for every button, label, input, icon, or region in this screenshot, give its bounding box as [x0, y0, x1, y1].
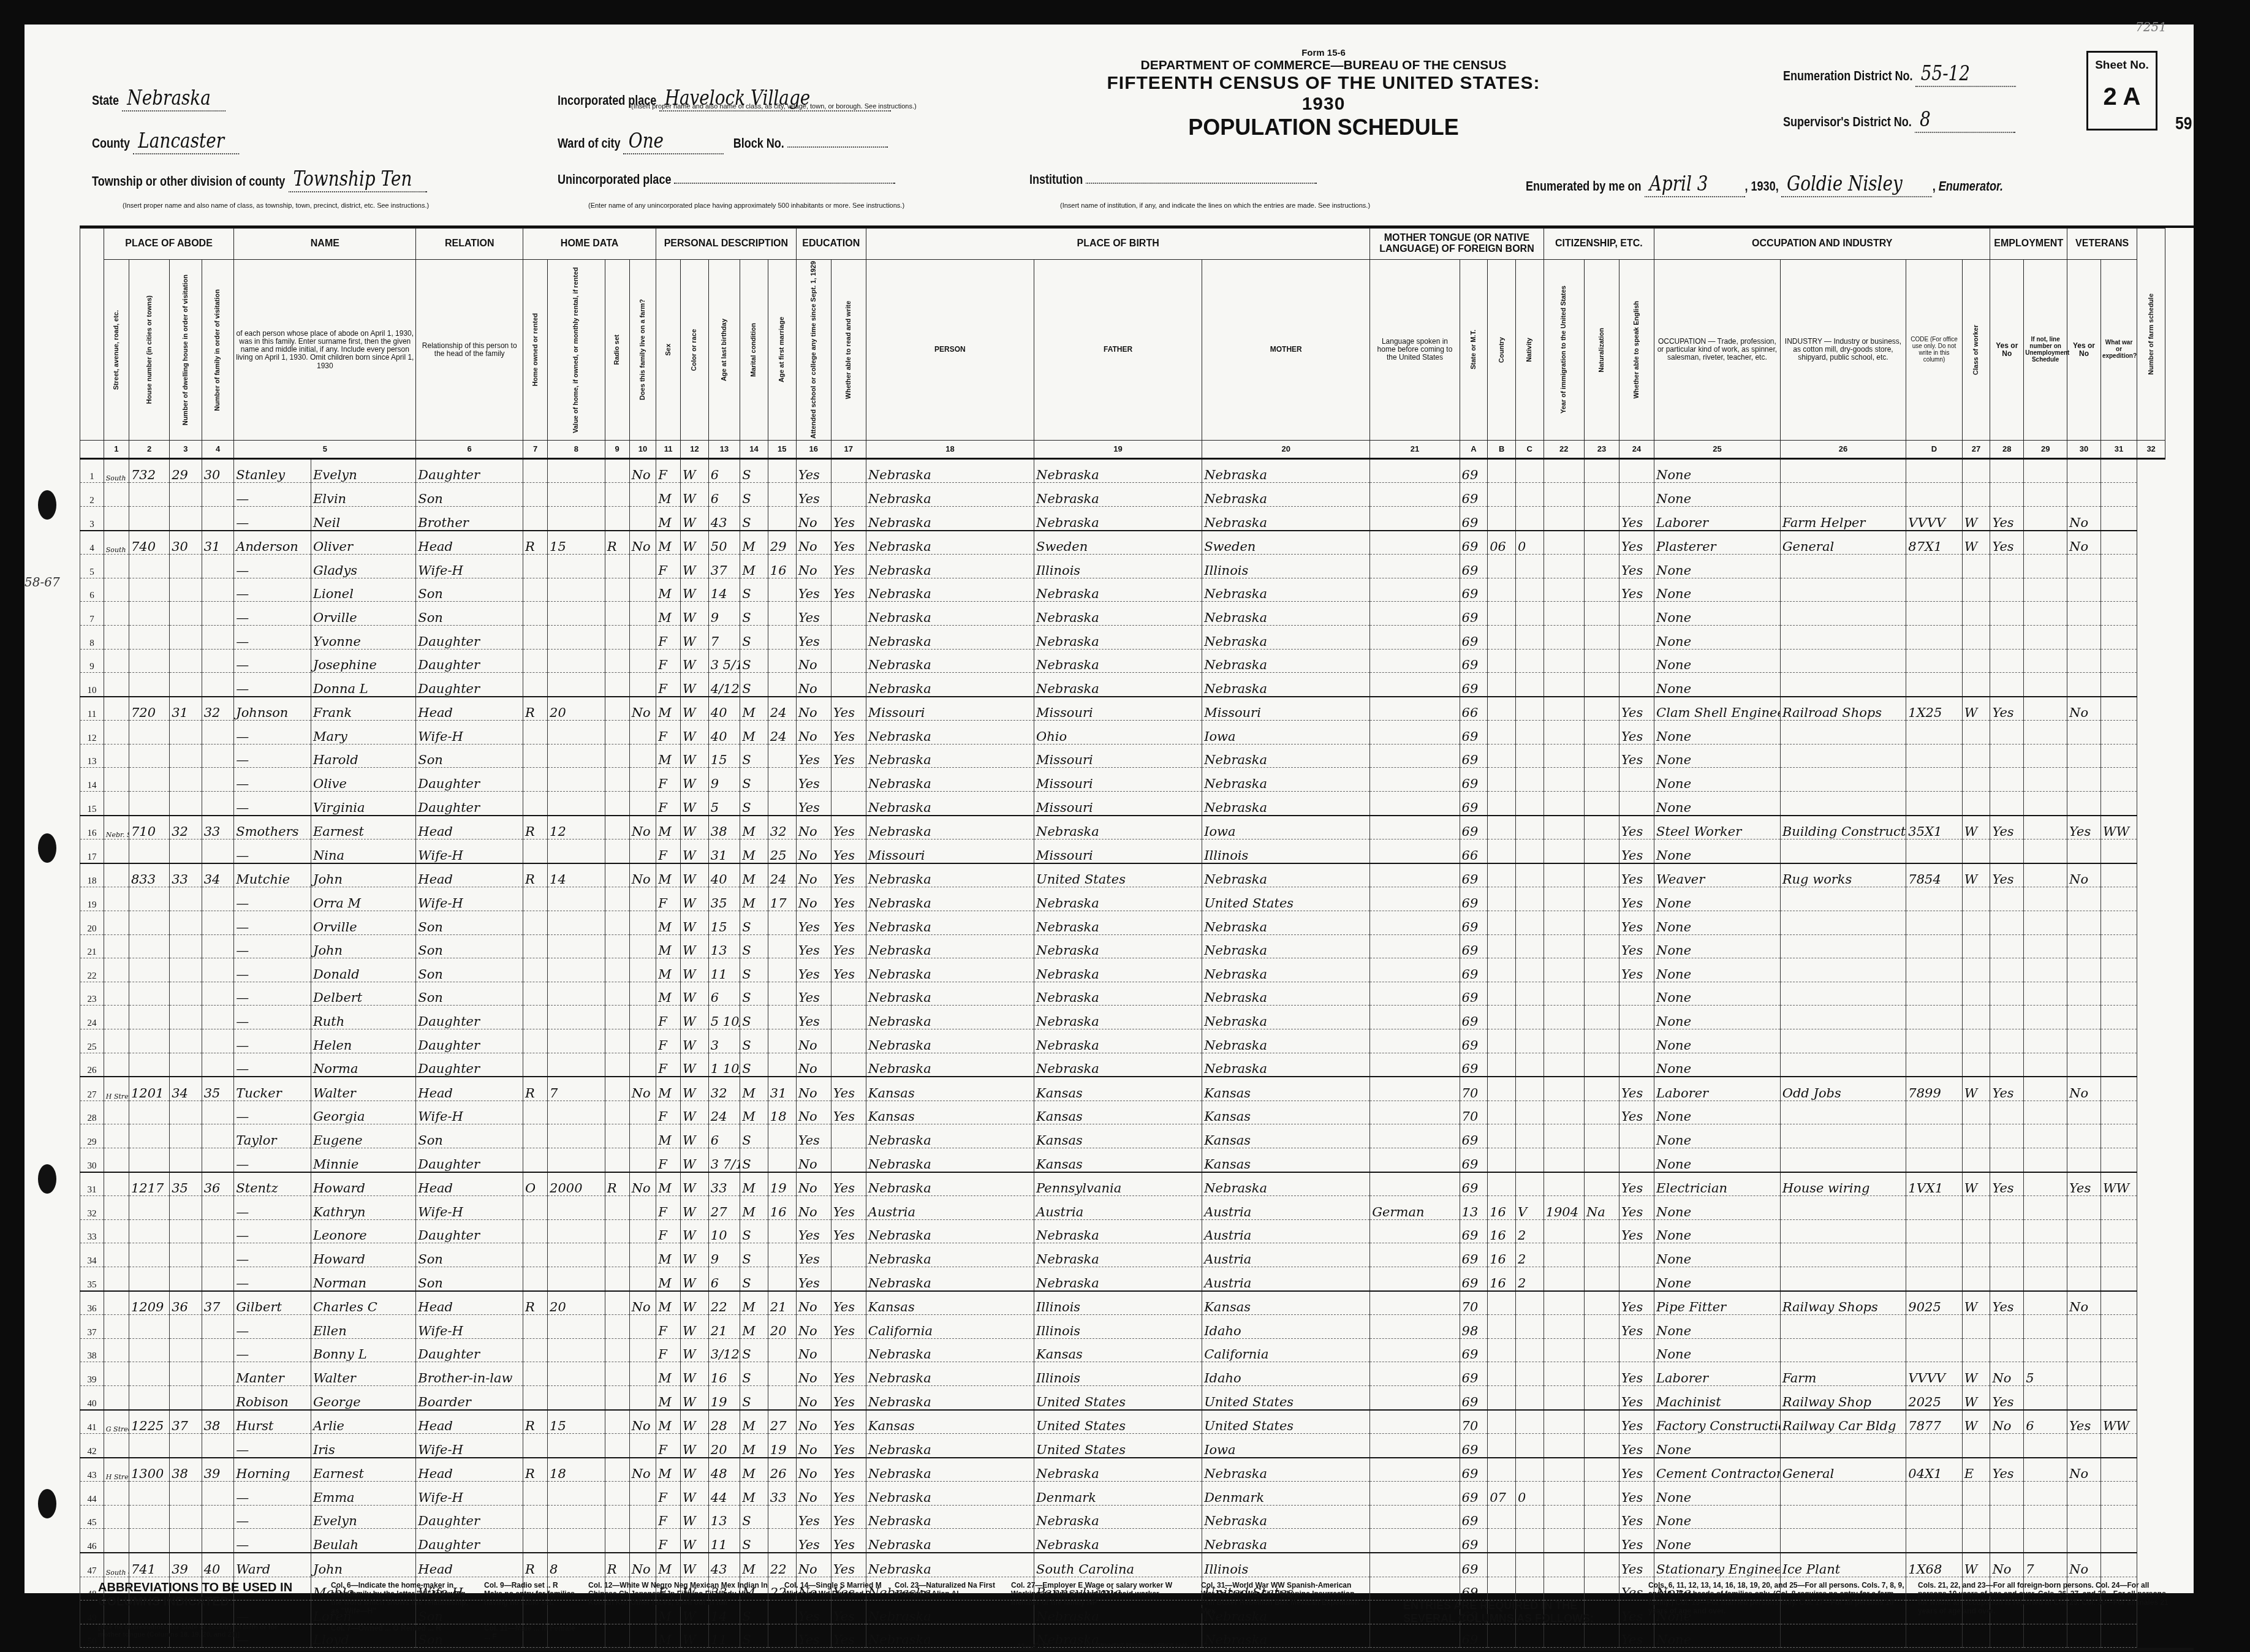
cell-relation: Son [416, 1243, 523, 1267]
line-number: 29 [80, 1124, 104, 1148]
cell-bp: Nebraska [866, 816, 1034, 839]
cell-given: Orville [311, 911, 415, 935]
cell-street [104, 555, 129, 578]
cell-age-marr [768, 1053, 796, 1077]
cell-given: Lionel [311, 578, 415, 602]
cell-relation: Son [416, 578, 523, 602]
cell-own [523, 673, 548, 697]
cell-school: No [796, 1101, 831, 1124]
cell-family [202, 1124, 234, 1148]
cell-vet [2067, 1434, 2101, 1458]
cell-vet: No [2067, 863, 2101, 887]
cell-age-marr: 17 [768, 887, 796, 911]
cell-a: 98 [1460, 1315, 1488, 1339]
cell-war [2100, 1315, 2137, 1339]
cell-b [1488, 863, 1516, 887]
cell-race: W [681, 1482, 709, 1506]
cell-dwelling [170, 1267, 202, 1290]
cell-house [129, 1124, 169, 1148]
cell-lang [1370, 1006, 1460, 1029]
cell-vet [2067, 1148, 2101, 1172]
cell-family [202, 839, 234, 863]
cell-bp: Nebraska [866, 1243, 1034, 1267]
cell-a: 69 [1460, 1172, 1488, 1196]
cell-lang [1370, 697, 1460, 721]
cell-bp: Nebraska [866, 1362, 1034, 1386]
cell-given: John [311, 1553, 415, 1577]
cell-ind: House wiring [1780, 1172, 1906, 1196]
col-header: FATHER [1034, 260, 1202, 441]
cell-lang [1370, 1148, 1460, 1172]
cell-lang [1370, 483, 1460, 507]
cell-b [1488, 1124, 1516, 1148]
cell-code [1906, 792, 1962, 816]
cell-eng [1619, 1148, 1654, 1172]
table-row: 13—HaroldSonMW15SYesYesNebraskaMissouriN… [80, 744, 2194, 768]
cell-imm [1544, 887, 1584, 911]
cell-lang [1370, 649, 1460, 673]
cell-given: Minnie [311, 1148, 415, 1172]
cell-a: 69 [1460, 1385, 1488, 1409]
cell-own [523, 1362, 548, 1386]
cell-a: 69 [1460, 721, 1488, 745]
cell-farm [629, 1385, 656, 1409]
cell-b [1488, 1338, 1516, 1362]
cell-occ: None [1654, 1624, 1781, 1648]
cell-own [523, 839, 548, 863]
cell-given: Iris [311, 1434, 415, 1458]
cell-read [831, 1148, 866, 1172]
cell-age-marr: 16 [768, 555, 796, 578]
cell-given: George [311, 1385, 415, 1409]
cell-relation: Son [416, 602, 523, 626]
cell-sex: F [656, 649, 681, 673]
cell-emp [1990, 1053, 2024, 1077]
cell-given: Howard [311, 1243, 415, 1267]
cell-age: 20 [708, 1434, 740, 1458]
cell-cls [1962, 483, 1990, 507]
cell-sex: F [656, 1101, 681, 1124]
cell-vet [2067, 958, 2101, 982]
cell-surname: — [234, 555, 311, 578]
cell-dwelling [170, 768, 202, 792]
cell-bp-m: Nebraska [1202, 649, 1370, 673]
cell-street [104, 483, 129, 507]
cell-bp-f: Kansas [1034, 1077, 1202, 1101]
cell-b [1488, 602, 1516, 626]
cell-school: No [796, 1172, 831, 1196]
cell-nat: Na [1584, 1196, 1619, 1220]
cell-dwelling [170, 839, 202, 863]
cell-emp [1990, 458, 2024, 483]
cell-school: No [796, 1362, 831, 1386]
cell-emp [1990, 768, 2024, 792]
cell-own [523, 911, 548, 935]
cell-relation: Son [416, 934, 523, 958]
cell-occ: None [1654, 555, 1781, 578]
cell-bp-f: Denmark [1034, 1482, 1202, 1506]
cell-ind [1780, 744, 1906, 768]
cell-ind [1780, 483, 1906, 507]
cell-eng: Yes [1619, 531, 1654, 555]
cell-relation: Daughter [416, 1338, 523, 1362]
cell-value [548, 1338, 605, 1362]
cell-code [1906, 1101, 1962, 1124]
cell-eng: Yes [1619, 1362, 1654, 1386]
cell-value: 20 [548, 697, 605, 721]
cell-ind [1780, 555, 1906, 578]
cell-war [2100, 721, 2137, 745]
cell-surname: — [234, 744, 311, 768]
cell-family [202, 1196, 234, 1220]
cell-dwelling [170, 1505, 202, 1529]
cell-nat [1584, 1267, 1619, 1290]
cell-imm [1544, 911, 1584, 935]
cell-street [104, 982, 129, 1006]
cell-marital: S [740, 1362, 768, 1386]
cell-cls [1962, 958, 1990, 982]
cell-emp [1990, 1219, 2024, 1243]
cell-farm [629, 934, 656, 958]
entries-list-1: Cols. 6, 11, 12, 13, 14, 16, 18, 19, 20,… [1648, 1581, 1906, 1615]
cell-eng [1619, 982, 1654, 1006]
cell-cls [1962, 744, 1990, 768]
cell-bp-m: Nebraska [1202, 863, 1370, 887]
table-row: 38—Bonny LDaughterFW3/12SNoNebraskaKansa… [80, 1338, 2194, 1362]
cell-cls: W [1962, 1362, 1990, 1386]
table-row: 1South 1st Street7322930StanleyEvelynDau… [80, 458, 2194, 483]
county-value: Lancaster [133, 129, 239, 154]
cell-b [1488, 649, 1516, 673]
cell-age-marr [768, 1006, 796, 1029]
cell-code: 1X25 [1906, 697, 1962, 721]
cell-house [129, 792, 169, 816]
cell-cls [1962, 673, 1990, 697]
cell-emp [1990, 1624, 2024, 1648]
cell-emp [1990, 1315, 2024, 1339]
cell-family [202, 1529, 234, 1553]
col-header: CODE (For office use only. Do not write … [1906, 260, 1962, 441]
line-number: 15 [80, 792, 104, 816]
cell-c [1515, 625, 1544, 649]
cell-farm [629, 744, 656, 768]
cell-bp-f: Austria [1034, 1196, 1202, 1220]
cell-farm: No [629, 697, 656, 721]
cell-eng [1619, 1124, 1654, 1148]
cell-age-marr: 21 [768, 1291, 796, 1315]
cell-own [523, 1219, 548, 1243]
cell-read: Yes [831, 816, 866, 839]
cell-value: 14 [548, 863, 605, 887]
cell-nat [1584, 1529, 1619, 1553]
cell-imm [1544, 1243, 1584, 1267]
cell-ind: General [1780, 531, 1906, 555]
cell-code [1906, 625, 1962, 649]
township-field: Township or other division of county Tow… [92, 167, 453, 192]
cell-b [1488, 1624, 1516, 1648]
cell-sex: F [656, 1315, 681, 1339]
group-home: HOME DATA [523, 229, 656, 260]
cell-bp: Nebraska [866, 1385, 1034, 1409]
line-number: 1 [80, 458, 104, 483]
cell-lang [1370, 1577, 1460, 1601]
cell-eng [1619, 1006, 1654, 1029]
cell-sex: F [656, 1196, 681, 1220]
cell-school: No [796, 1148, 831, 1172]
cell-family: 40 [202, 1553, 234, 1577]
cell-c [1515, 1434, 1544, 1458]
cell-eng: Yes [1619, 1410, 1654, 1434]
cell-lang [1370, 1053, 1460, 1077]
cell-dwelling [170, 649, 202, 673]
cell-age-marr [768, 1505, 796, 1529]
cell-school: Yes [796, 1243, 831, 1267]
cell-value [548, 649, 605, 673]
cell-marital: M [740, 863, 768, 887]
cell-farm [629, 958, 656, 982]
cell-surname: — [234, 911, 311, 935]
cell-surname: — [234, 1148, 311, 1172]
cell-vet: No [2067, 1458, 2101, 1482]
cell-eng [1619, 458, 1654, 483]
cell-bp-m: Nebraska [1202, 625, 1370, 649]
cell-school: No [796, 1385, 831, 1409]
cell-radio: R [605, 531, 629, 555]
cell-war [2100, 958, 2137, 982]
cell-given: John [311, 863, 415, 887]
cell-a: 69 [1460, 1458, 1488, 1482]
cell-marital: M [740, 1172, 768, 1196]
cell-farm: No [629, 458, 656, 483]
cell-occ: None [1654, 458, 1781, 483]
cell-surname: — [234, 1006, 311, 1029]
cell-emp [1990, 1482, 2024, 1506]
cell-cls: W [1962, 1077, 1990, 1101]
cell-street: H Street [104, 1077, 129, 1101]
cell-street [104, 1291, 129, 1315]
cell-bp-m: Idaho [1202, 1362, 1370, 1386]
line-number: 32 [80, 1196, 104, 1220]
cell-unemp: 5 [2024, 1362, 2067, 1386]
cell-farm [629, 1529, 656, 1553]
cell-a: 69 [1460, 602, 1488, 626]
cell-farm [629, 1434, 656, 1458]
cell-race: W [681, 458, 709, 483]
cell-own: R [523, 1077, 548, 1101]
cell-war [2100, 649, 2137, 673]
cell-war [2100, 1101, 2137, 1124]
cell-imm [1544, 1458, 1584, 1482]
cell-ind [1780, 578, 1906, 602]
cell-read: Yes [831, 697, 866, 721]
cell-nat [1584, 1482, 1619, 1506]
cell-a: 69 [1460, 1219, 1488, 1243]
ed-value: 55-12 [1916, 61, 2017, 87]
cell-code [1906, 934, 1962, 958]
cell-read [831, 483, 866, 507]
cell-a: 69 [1460, 1434, 1488, 1458]
cell-value [548, 911, 605, 935]
cell-family: 34 [202, 863, 234, 887]
cell-vet [2067, 1267, 2101, 1290]
cell-a: 69 [1460, 1029, 1488, 1053]
cell-read: Yes [831, 1385, 866, 1409]
cell-value [548, 934, 605, 958]
cell-school: Yes [796, 768, 831, 792]
cell-age: 16 [708, 1362, 740, 1386]
cell-b [1488, 1077, 1516, 1101]
cell-vet: No [2067, 697, 2101, 721]
cell-house [129, 1029, 169, 1053]
table-row: 28—GeorgiaWife-HFW24M18NoYesKansasKansas… [80, 1101, 2194, 1124]
cell-value [548, 982, 605, 1006]
cell-relation: Son [416, 958, 523, 982]
cell-code [1906, 1338, 1962, 1362]
cell-radio [605, 1267, 629, 1290]
cell-a: 69 [1460, 649, 1488, 673]
cell-marital: S [740, 1624, 768, 1648]
cell-value [548, 887, 605, 911]
cell-occ: Steel Worker [1654, 816, 1781, 839]
cell-surname: — [234, 934, 311, 958]
cell-cls [1962, 1053, 1990, 1077]
cell-occ: None [1654, 1029, 1781, 1053]
cell-occ: None [1654, 1505, 1781, 1529]
cell-occ: None [1654, 1315, 1781, 1339]
cell-war [2100, 578, 2137, 602]
cell-relation: Head [416, 1172, 523, 1196]
cell-cls [1962, 768, 1990, 792]
line-number: 24 [80, 1006, 104, 1029]
cell-ind [1780, 887, 1906, 911]
cell-age: 9 [708, 1243, 740, 1267]
cell-race: W [681, 578, 709, 602]
cell-c [1515, 458, 1544, 483]
cell-age-marr [768, 792, 796, 816]
cell-school: Yes [796, 578, 831, 602]
cell-age: 24 [708, 1101, 740, 1124]
cell-own: R [523, 863, 548, 887]
cell-relation: Son [416, 911, 523, 935]
cell-farm: No [629, 1077, 656, 1101]
cell-school: No [796, 531, 831, 555]
cell-imm: 1904 [1544, 1196, 1584, 1220]
cell-sex: F [656, 555, 681, 578]
cell-surname: — [234, 1243, 311, 1267]
cell-read [831, 625, 866, 649]
cell-radio [605, 816, 629, 839]
cell-age: 5 10/12 [708, 1006, 740, 1029]
cell-farm [629, 1053, 656, 1077]
cell-read: Yes [831, 744, 866, 768]
cell-bp-m: Austria [1202, 1243, 1370, 1267]
cell-bp: Nebraska [866, 1505, 1034, 1529]
cell-age: 6 [708, 1267, 740, 1290]
cell-value: 15 [548, 531, 605, 555]
cell-lang [1370, 1434, 1460, 1458]
cell-ind [1780, 649, 1906, 673]
cell-eng: Yes [1619, 744, 1654, 768]
cell-war [2100, 1291, 2137, 1315]
cell-imm [1544, 1053, 1584, 1077]
cell-ind [1780, 673, 1906, 697]
cell-farm [629, 1006, 656, 1029]
cell-dwelling: 34 [170, 1077, 202, 1101]
cell-farm [629, 911, 656, 935]
abbr-col27: Col. 27—Employer E Wage or salary worker… [1011, 1581, 1183, 1607]
cell-code [1906, 458, 1962, 483]
cell-farm [629, 649, 656, 673]
cell-race: W [681, 1434, 709, 1458]
line-number: 40 [80, 1385, 104, 1409]
cell-age: 11 [708, 1624, 740, 1648]
table-row: 3612093637GilbertCharles CHeadR20NoMW22M… [80, 1291, 2194, 1315]
cell-bp-f: Nebraska [1034, 625, 1202, 649]
cell-given: Norma [311, 1053, 415, 1077]
cell-code [1906, 721, 1962, 745]
cell-lang [1370, 887, 1460, 911]
cell-sex: M [656, 531, 681, 555]
cell-sex: F [656, 768, 681, 792]
cell-bp: Nebraska [866, 1601, 1034, 1624]
cell-ind [1780, 911, 1906, 935]
cell-marital: S [740, 625, 768, 649]
cell-value: 8 [548, 1553, 605, 1577]
cell-unemp [2024, 863, 2067, 887]
cell-surname: — [234, 506, 311, 530]
cell-eng [1619, 1243, 1654, 1267]
cell-war [2100, 863, 2137, 887]
cell-surname: Smothers [234, 816, 311, 839]
cell-race: W [681, 625, 709, 649]
group-education: EDUCATION [796, 229, 866, 260]
cell-eng: Yes [1619, 934, 1654, 958]
cell-occ: None [1654, 1196, 1781, 1220]
cell-unemp [2024, 625, 2067, 649]
cell-vet [2067, 673, 2101, 697]
cell-nat [1584, 1315, 1619, 1339]
cell-bp: Kansas [866, 1077, 1034, 1101]
cell-occ: None [1654, 1006, 1781, 1029]
cell-relation: Daughter [416, 458, 523, 483]
cell-race: W [681, 649, 709, 673]
cell-read: Yes [831, 863, 866, 887]
cell-radio [605, 958, 629, 982]
col-header: State or M.T. [1460, 260, 1488, 441]
cell-street [104, 1124, 129, 1148]
cell-lang [1370, 1219, 1460, 1243]
cell-bp-f: United States [1034, 1385, 1202, 1409]
line-number: 26 [80, 1053, 104, 1077]
cell-age: 38 [708, 816, 740, 839]
cell-imm [1544, 697, 1584, 721]
cell-age-marr: 24 [768, 697, 796, 721]
cell-war [2100, 1124, 2137, 1148]
cell-house [129, 911, 169, 935]
cell-surname: — [234, 982, 311, 1006]
cell-c [1515, 555, 1544, 578]
cell-bp-f: South Carolina [1034, 1553, 1202, 1577]
cell-occ: None [1654, 673, 1781, 697]
line-number: 27 [80, 1077, 104, 1101]
cell-a: 69 [1460, 483, 1488, 507]
cell-emp [1990, 934, 2024, 958]
cell-bp-f: Kansas [1034, 1101, 1202, 1124]
cell-bp: Kansas [866, 1291, 1034, 1315]
cell-school: No [796, 1029, 831, 1053]
cell-family [202, 483, 234, 507]
cell-ind: Railroad Shops [1780, 697, 1906, 721]
